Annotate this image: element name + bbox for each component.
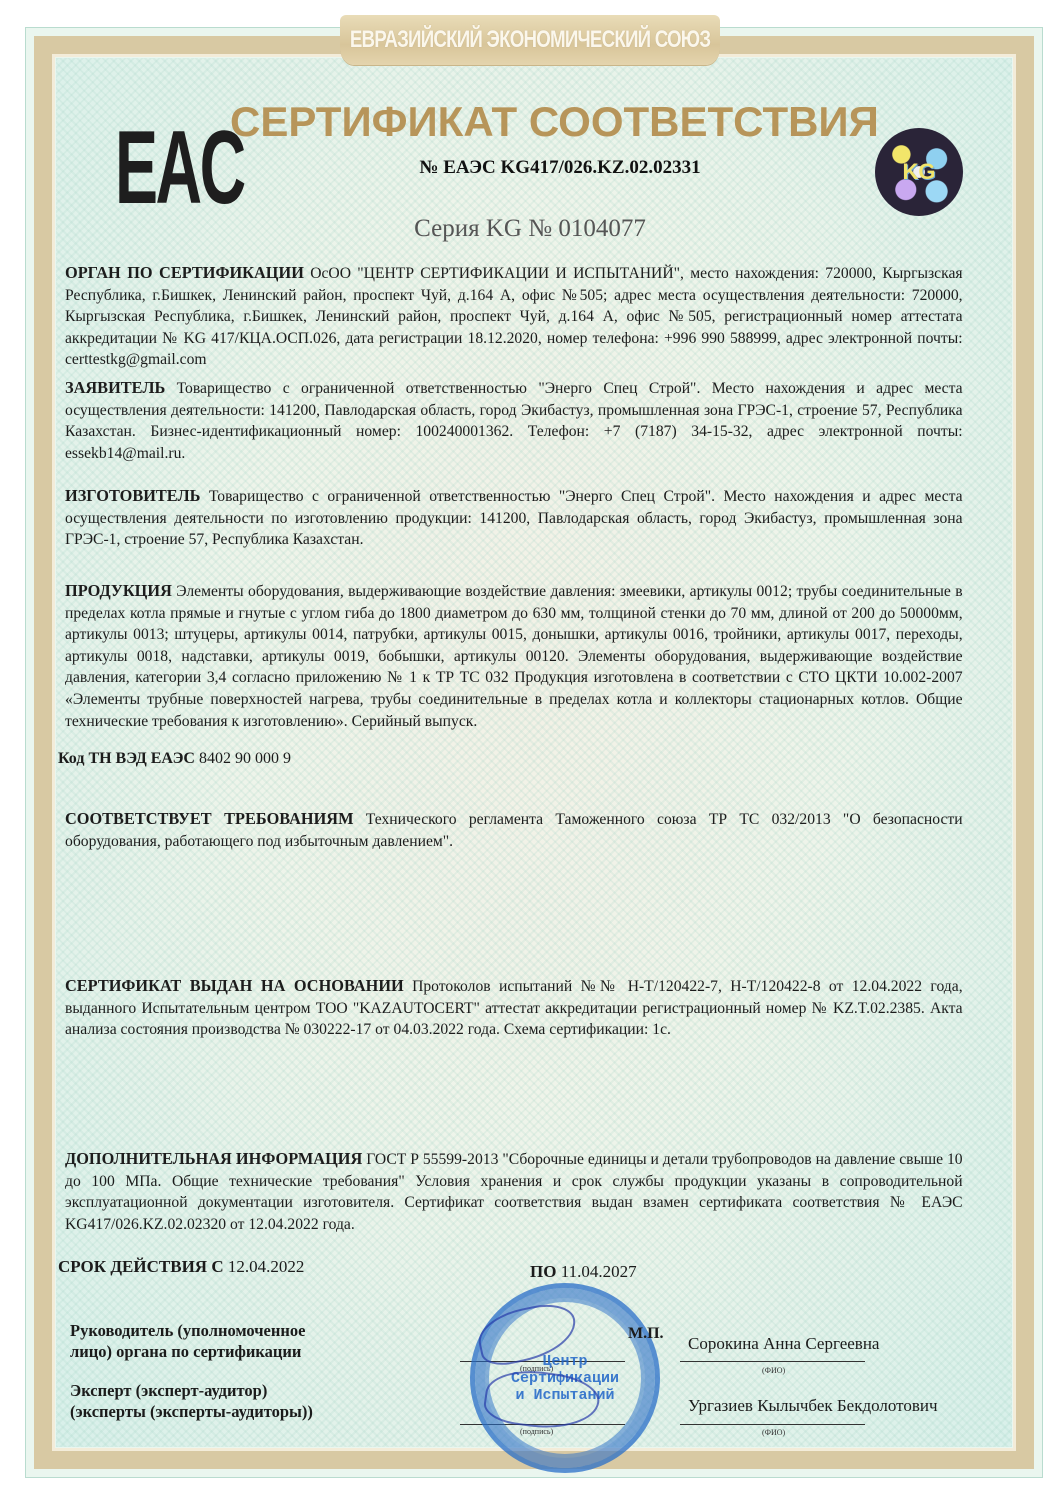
stamp-line1: Центр xyxy=(542,1353,587,1370)
series-number: Серия KG № 0104077 xyxy=(330,215,730,243)
section-conformity: СООТВЕТСТВУЕТ ТРЕБОВАНИЯМ Технического р… xyxy=(65,808,963,851)
validity-from-date: 12.04.2022 xyxy=(228,1257,305,1276)
tn-ved-code: Код ТН ВЭД ЕАЭС 8402 90 000 9 xyxy=(58,750,291,768)
expert-role: Эксперт (эксперт-аудитор) (эксперты (экс… xyxy=(70,1380,313,1422)
hologram-text: KG xyxy=(903,159,936,185)
expert-role-line1: Эксперт (эксперт-аудитор) xyxy=(70,1380,313,1401)
head-name: Сорокина Анна Сергеевна xyxy=(688,1334,879,1354)
eac-mark-icon: EAC xyxy=(115,118,183,218)
section-issue-basis: СЕРТИФИКАТ ВЫДАН НА ОСНОВАНИИ Протоколов… xyxy=(65,975,963,1040)
head-role-line1: Руководитель (уполномоченное xyxy=(70,1320,305,1341)
union-banner-text: ЕВРАЗИЙСКИЙ ЭКОНОМИЧЕСКИЙ СОЮЗ xyxy=(350,26,710,54)
expert-role-line2: (эксперты (эксперты-аудиторы)) xyxy=(70,1401,313,1422)
head-name-line xyxy=(680,1361,865,1362)
document-title: СЕРТИФИКАТ СООТВЕТСТВИЯ xyxy=(230,98,845,146)
head-role: Руководитель (уполномоченное лицо) орган… xyxy=(70,1320,305,1362)
section-label: ПРОДУКЦИЯ xyxy=(65,581,172,600)
expert-name-line xyxy=(680,1424,865,1425)
certificate-number: № ЕАЭС KG417/026.KZ.02.02331 xyxy=(300,157,820,179)
section-manufacturer: ИЗГОТОВИТЕЛЬ Товарищество с ограниченной… xyxy=(65,485,963,550)
validity-to: ПО 11.04.2027 xyxy=(530,1262,637,1282)
section-label: ДОПОЛНИТЕЛЬНАЯ ИНФОРМАЦИЯ xyxy=(65,1149,362,1168)
hologram-icon: KG xyxy=(875,128,963,216)
validity-from: СРОК ДЕЙСТВИЯ С 12.04.2022 xyxy=(58,1257,304,1277)
union-banner: ЕВРАЗИЙСКИЙ ЭКОНОМИЧЕСКИЙ СОЮЗ xyxy=(340,15,720,65)
section-applicant: ЗАЯВИТЕЛЬ Товарищество с ограниченной от… xyxy=(65,377,963,463)
section-label: ОРГАН ПО СЕРТИФИКАЦИИ xyxy=(65,263,304,282)
section-additional-info: ДОПОЛНИТЕЛЬНАЯ ИНФОРМАЦИЯ ГОСТ Р 55599-2… xyxy=(65,1148,963,1234)
tn-ved-value: 8402 90 000 9 xyxy=(199,750,291,767)
section-certification-body: ОРГАН ПО СЕРТИФИКАЦИИ ОсОО "ЦЕНТР СЕРТИФ… xyxy=(65,262,963,370)
head-name-caption: (ФИО) xyxy=(762,1366,785,1375)
section-text: Товарищество с ограниченной ответственно… xyxy=(65,486,963,548)
section-label: ЗАЯВИТЕЛЬ xyxy=(65,378,165,397)
seal-label: М.П. xyxy=(628,1325,664,1343)
section-label: СООТВЕТСТВУЕТ ТРЕБОВАНИЯМ xyxy=(65,809,353,828)
section-text: Элементы оборудования, выдерживающие воз… xyxy=(65,581,963,730)
validity-to-date: 11.04.2027 xyxy=(561,1262,637,1281)
validity-from-label: СРОК ДЕЙСТВИЯ С xyxy=(58,1257,224,1276)
expert-name: Ургазиев Кылычбек Бекдолотович xyxy=(688,1396,938,1416)
tn-ved-label: Код ТН ВЭД ЕАЭС xyxy=(58,750,195,767)
expert-name-caption: (ФИО) xyxy=(762,1428,785,1437)
section-product: ПРОДУКЦИЯ Элементы оборудования, выдержи… xyxy=(65,580,963,731)
section-text: Товарищество с ограниченной ответственно… xyxy=(65,378,963,462)
validity-to-label: ПО xyxy=(530,1262,556,1281)
section-label: ИЗГОТОВИТЕЛЬ xyxy=(65,486,200,505)
section-label: СЕРТИФИКАТ ВЫДАН НА ОСНОВАНИИ xyxy=(65,976,404,995)
head-role-line2: лицо) органа по сертификации xyxy=(70,1341,305,1362)
